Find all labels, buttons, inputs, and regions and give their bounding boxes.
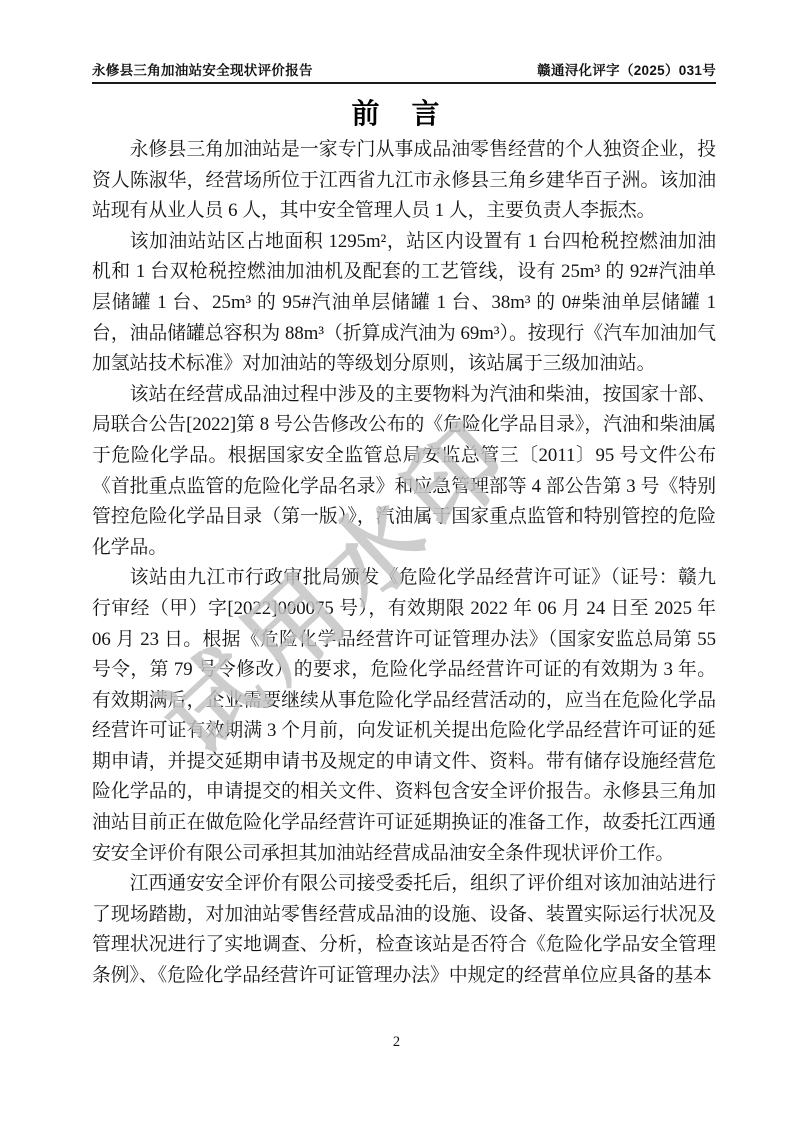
body-paragraph: 永修县三角加油站是一家专门从事成品油零售经营的个人独资企业，投资人陈淑华，经营场… <box>92 135 716 227</box>
page-number: 2 <box>0 1034 793 1051</box>
body-paragraph: 该加油站站区占地面积 1295m²，站区内设置有 1 台四枪税控燃油加油机和 1… <box>92 227 716 380</box>
body-paragraph: 该站在经营成品油过程中涉及的主要物料为汽油和柴油，按国家十部、局联合公告[202… <box>92 380 716 564</box>
page-header: 永修县三角加油站安全现状评价报告 赣通浔化评字（2025）031号 <box>92 59 716 84</box>
header-report-title: 永修县三角加油站安全现状评价报告 <box>92 59 313 79</box>
body-paragraph: 江西通安安全评价有限公司接受委托后，组织了评价组对该加油站进行了现场踏勘，对加油… <box>92 869 716 991</box>
header-document-number: 赣通浔化评字（2025）031号 <box>537 59 716 79</box>
document-body: 永修县三角加油站是一家专门从事成品油零售经营的个人独资企业，投资人陈淑华，经营场… <box>92 135 716 992</box>
body-paragraph: 该站由九江市行政审批局颁发《危险化学品经营许可证》（证号：赣九行审经（甲）字[2… <box>92 563 716 869</box>
document-page: 永修县三角加油站安全现状评价报告 赣通浔化评字（2025）031号 前 言 永修… <box>0 0 793 1122</box>
page-title: 前 言 <box>0 92 793 132</box>
